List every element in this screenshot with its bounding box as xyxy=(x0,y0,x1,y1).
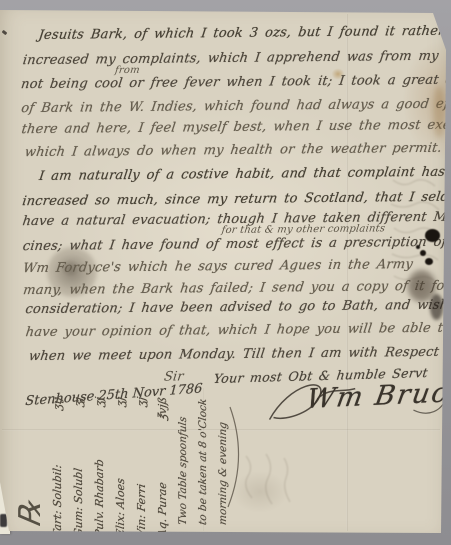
letter-line: have your opinion of that, which I hope … xyxy=(25,321,451,340)
prescription-direction: Two Table spoonfuls xyxy=(178,396,189,525)
under-sheet-ink-mark xyxy=(0,514,7,527)
interlinear-insertion: for that & my other complaints xyxy=(221,224,386,236)
ink-blot xyxy=(420,250,426,256)
ink-blot xyxy=(425,258,433,265)
letter-line: consideration; I have been advised to go… xyxy=(24,298,451,317)
prescription-docket: ℞ Tart: Solubil: ʒij Gum: Solubl ʒj Pulv… xyxy=(28,395,240,537)
prescription-item-name: Pulv. Rhabarb xyxy=(94,458,105,537)
letter-line: Jesuits Bark, of which I took 3 ozs, but… xyxy=(38,25,446,44)
letter-line: of Bark in the W. Indies, which found ha… xyxy=(20,97,451,116)
letter-line: cines; what I have found of most effect … xyxy=(22,235,451,254)
prescription-item-name: Elix: Aloes xyxy=(115,478,126,538)
prescription-item-name: Aq. Purae xyxy=(157,481,168,537)
prescription-item: Pulv. Rhabarb ʒj xyxy=(94,396,105,538)
prescription-item: Gum: Solubl ʒj xyxy=(73,396,84,538)
signature: Wm Bruce xyxy=(305,379,451,413)
interlinear-insertion: from xyxy=(114,66,140,76)
recipe-mark-icon: ℞ xyxy=(16,497,46,529)
prescription-item: Elix: Aloes ʒj xyxy=(115,396,126,538)
letter-line: many, when the Bark has failed; I send y… xyxy=(22,279,451,298)
prescription-item-qty: ʒj xyxy=(115,396,126,407)
prescription-item-qty: ʒj xyxy=(73,396,84,407)
prescription-item-name: Vin: Ferri xyxy=(136,483,147,538)
docket-brace xyxy=(226,405,242,509)
prescription-item-qty: ℥vjß xyxy=(157,396,168,421)
prescription-item: Tart: Solubil: ʒij xyxy=(52,396,63,538)
prescription-item: Vin: Ferri ʒj xyxy=(136,396,147,538)
scanned-letter-page: { "letter": { "body_lines": [ "Jesuits B… xyxy=(0,0,451,545)
prescription-item-name: Gum: Solubl xyxy=(73,467,84,537)
letter-line: Wm Fordyce's which he says cured Agues i… xyxy=(22,258,414,276)
letter-line: there and here, I feel myself best, when… xyxy=(21,118,451,137)
paper-sheet: Jesuits Bark, of which I took 3 ozs, but… xyxy=(0,0,451,545)
prescription-item-name: Tart: Solubil: xyxy=(52,464,63,538)
edge-stain xyxy=(433,86,445,138)
ink-blot xyxy=(416,245,420,249)
prescription-direction: to be taken at 8 o'Clock xyxy=(198,396,209,525)
prescription-item-qty: ʒij xyxy=(52,396,63,411)
letter-line: which I always do when my health or the … xyxy=(24,142,443,161)
letter-line: increased so much, since my return to Sc… xyxy=(21,190,451,209)
ink-smudge xyxy=(430,294,443,320)
letter-line: I am naturally of a costive habit, and t… xyxy=(38,166,446,185)
prescription-item: Aq. Purae ℥vjß xyxy=(157,396,168,538)
prescription-item-qty: ʒj xyxy=(94,396,105,407)
ink-blot xyxy=(425,229,440,242)
prescription-item-qty: ʒj xyxy=(136,396,147,407)
letter-line: when we meet upon Monday. Till then I am… xyxy=(28,346,440,365)
signature-block: Wm Bruce xyxy=(263,374,449,428)
letter-line: increased my complaints, which I apprehe… xyxy=(22,50,440,69)
letter-line: not being cool or free fever when I took… xyxy=(20,73,451,92)
